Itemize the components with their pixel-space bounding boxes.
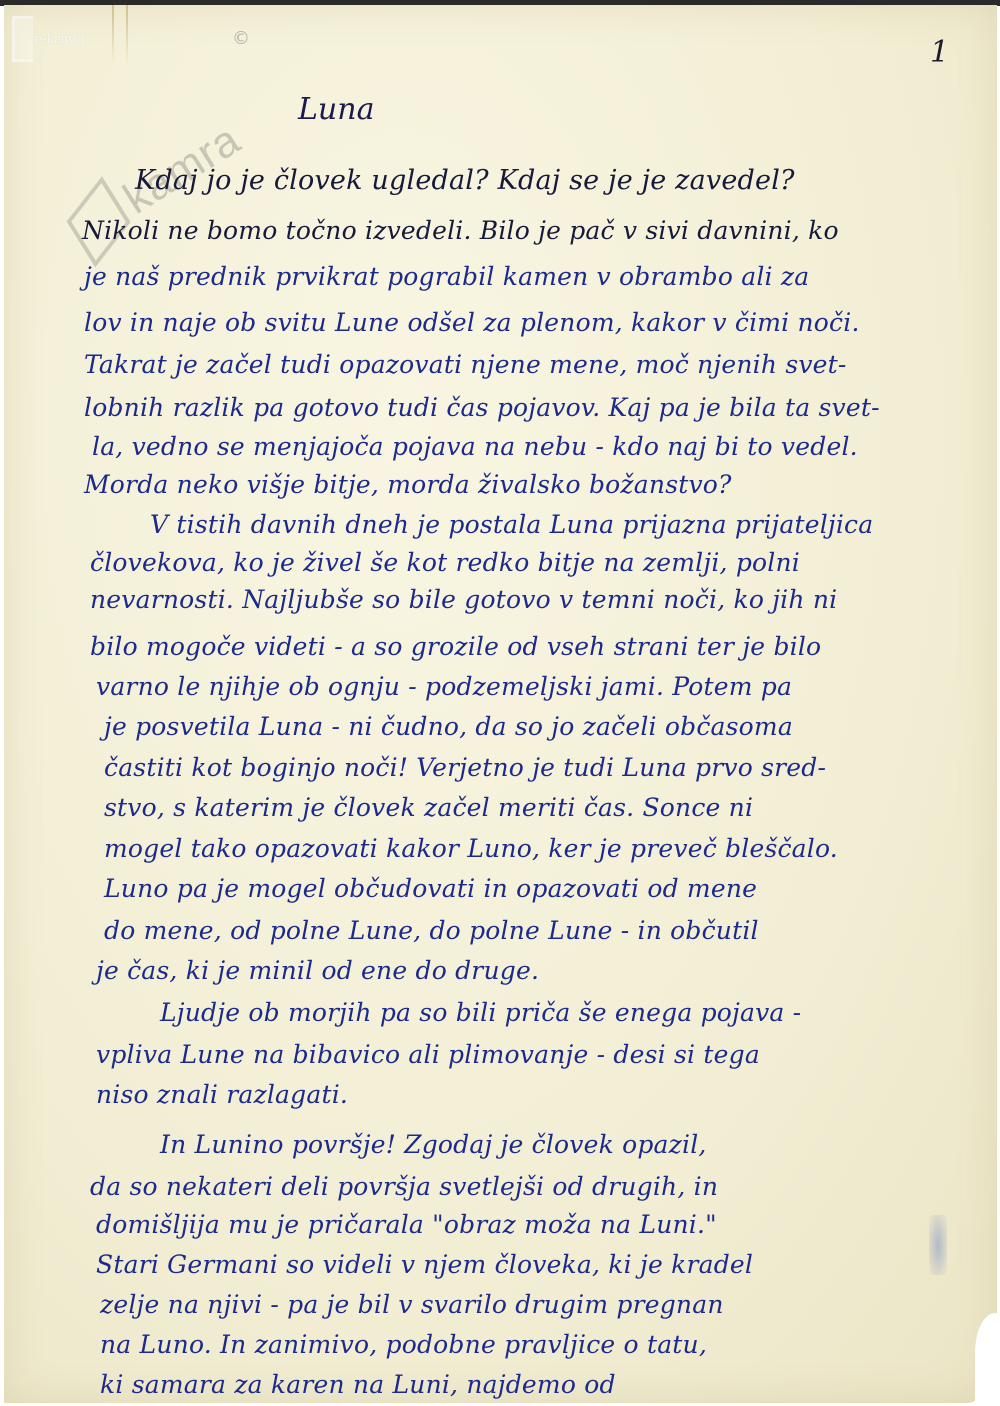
manuscript-line: Nikoli ne bomo točno izvedeli. Bilo je p… [82,216,839,245]
manuscript-line: Morda neko višje bitje, morda živalsko b… [84,470,732,499]
manuscript-line: lobnih razlik pa gotovo tudi čas pojavov… [84,393,880,422]
manuscript-line: varno le njihje ob ognju - podzemeljski … [96,672,792,701]
manuscript-line: Kdaj jo je človek ugledal? Kdaj se je je… [135,165,795,196]
manuscript-line: do mene, od polne Lune, do polne Lune - … [104,916,759,945]
manuscript-line: mogel tako opazovati kakor Luno, ker je … [104,834,838,863]
manuscript-line: je čas, ki je minil od ene do druge. [96,956,539,985]
manuscript-line: la, vedno se menjajoča pojava na nebu - … [92,432,858,461]
manuscript-line: V tistih davnih dneh je postala Luna pri… [150,510,873,539]
manuscript-line: niso znali razlagati. [96,1080,348,1109]
manuscript-line: stvo, s katerim je človek začel meriti č… [104,793,753,822]
manuscript-line: Takrat je začel tudi opazovati njene men… [84,350,847,379]
manuscript-line: domišljija mu je pričarala "obraz moža n… [96,1210,717,1239]
manuscript-line: ki samara za karen na Luni, najdemo od [100,1370,616,1399]
manuscript-line: Stari Germani so videli v njem človeka, … [96,1250,753,1279]
manuscript-line: bilo mogoče videti - a so grozile od vse… [90,632,821,661]
manuscript-line: Ljudje ob morjih pa so bili priča še ene… [160,998,801,1027]
manuscript-line: nevarnosti. Najljubše so bile gotovo v t… [90,585,837,614]
manuscript-line: častiti kot boginjo noči! Verjetno je tu… [104,753,826,782]
manuscript-line: lov in naje ob svitu Lune odšel za pleno… [84,308,860,337]
manuscript-body: Kdaj jo je človek ugledal? Kdaj se je je… [0,0,1000,1406]
manuscript-line: na Luno. In zanimivo, podobne pravljice … [100,1330,707,1359]
manuscript-line: Luno pa je mogel občudovati in opazovati… [104,874,757,903]
manuscript-line: zelje na njivi - pa je bil v svarilo dru… [100,1290,724,1319]
manuscript-line: In Lunino površje! Zgodaj je človek opaz… [160,1130,707,1159]
manuscript-line: da so nekateri deli površja svetlejši od… [90,1172,718,1201]
manuscript-line: človekova, ko je živel še kot redko bitj… [90,548,800,577]
manuscript-line: vpliva Lune na bibavico ali plimovanje -… [96,1040,760,1069]
manuscript-line: je posvetila Luna - ni čudno, da so jo z… [104,712,793,741]
manuscript-line: je naš prednik prvikrat pograbil kamen v… [84,262,809,291]
